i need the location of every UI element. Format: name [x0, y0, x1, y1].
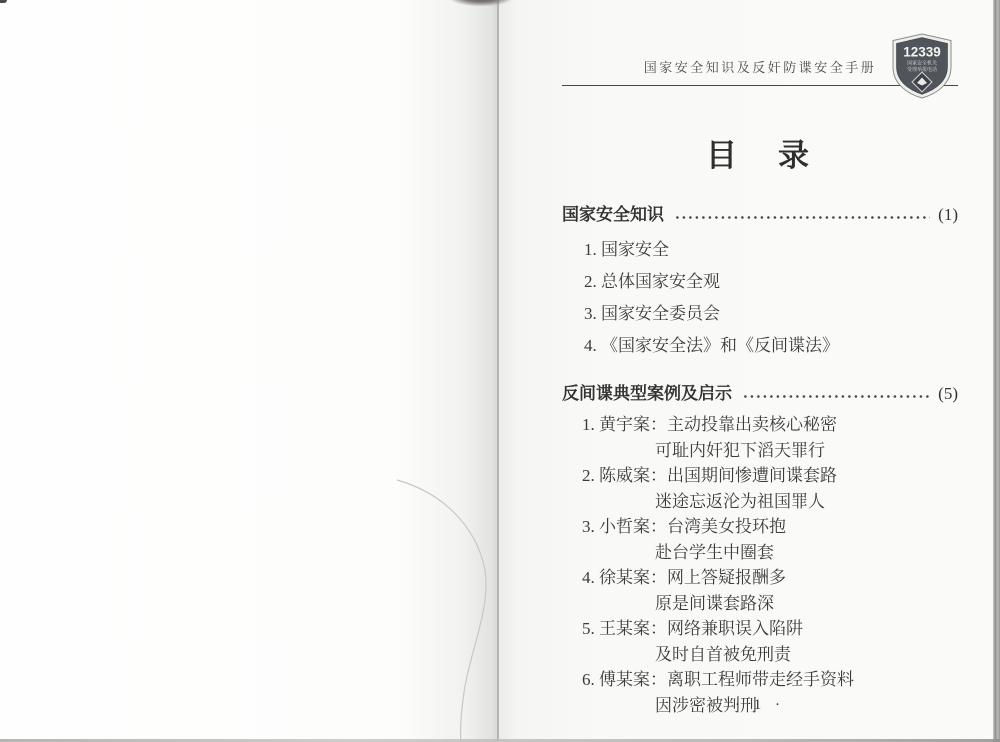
- toc-section-1-row: 国家安全知识 (1): [562, 200, 958, 225]
- page-number: · 1 ·: [562, 697, 958, 714]
- case-title-line: 4. 徐某案：网上答疑报酬多: [562, 565, 958, 591]
- case-subtitle-line: 原是间谍套路深: [562, 591, 958, 617]
- toc-section-2-title: 反间谍典型案例及启示: [562, 379, 732, 404]
- case-subtitle-line: 赴台学生中圈套: [562, 540, 958, 566]
- case-subtitle-line: 迷途忘返沦为祖国罪人: [562, 489, 958, 515]
- scan-right-edge: [993, 0, 1000, 742]
- toc-item: 1. 国家安全: [562, 234, 958, 266]
- toc-item: 4. 《国家安全法》和《反间谍法》: [562, 330, 958, 362]
- dot-leader: [676, 216, 930, 219]
- left-blank-page: [0, 0, 497, 742]
- toc-section-2-row: 反间谍典型案例及启示 (5): [562, 379, 958, 404]
- toc-section-1-page: (1): [938, 205, 958, 225]
- spine-top-smudge: [450, 0, 512, 6]
- right-page: 国家安全知识及反奸防谍安全手册 12339 国家安全机关 受理举报电话 目 录: [499, 0, 993, 742]
- case-title-line: 2. 陈威案：出国期间惨遭间谍套路: [562, 463, 958, 489]
- toc-item: 2. 总体国家安全观: [562, 266, 958, 298]
- case-title-line: 5. 王某案：网络兼职误入陷阱: [562, 616, 958, 642]
- badge-hotline-number: 12339: [903, 45, 941, 60]
- toc-section-2-page: (5): [938, 384, 958, 404]
- toc-section-1-title: 国家安全知识: [562, 200, 664, 225]
- case-title-line: 3. 小哲案：台湾美女投环抱: [562, 514, 958, 540]
- case-title-line: 1. 黄宇案：主动投靠出卖核心秘密: [562, 412, 958, 438]
- book-scan: 国家安全知识及反奸防谍安全手册 12339 国家安全机关 受理举报电话 目 录: [0, 0, 1000, 742]
- shield-icon: 12339 国家安全机关 受理举报电话: [890, 33, 954, 99]
- case-title-line: 6. 傅某案：离职工程师带走经手资料: [562, 667, 958, 693]
- toc-item: 3. 国家安全委员会: [562, 298, 958, 330]
- page-content: 国家安全知识及反奸防谍安全手册 12339 国家安全机关 受理举报电话 目 录: [562, 0, 958, 718]
- toc-section-1-items: 1. 国家安全 2. 总体国家安全观 3. 国家安全委员会 4. 《国家安全法》…: [562, 234, 958, 362]
- toc-section-2-cases: 1. 黄宇案：主动投靠出卖核心秘密 可耻内奸犯下滔天罪行 2. 陈威案：出国期间…: [562, 412, 958, 718]
- toc-title: 目 录: [562, 130, 958, 175]
- 12339-shield-badge: 12339 国家安全机关 受理举报电话: [890, 33, 954, 99]
- case-subtitle-line: 可耻内奸犯下滔天罪行: [562, 438, 958, 464]
- badge-subtitle-line1: 国家安全机关: [907, 60, 937, 67]
- dot-leader: [744, 395, 930, 398]
- case-subtitle-line: 及时自首被免刑责: [562, 642, 958, 668]
